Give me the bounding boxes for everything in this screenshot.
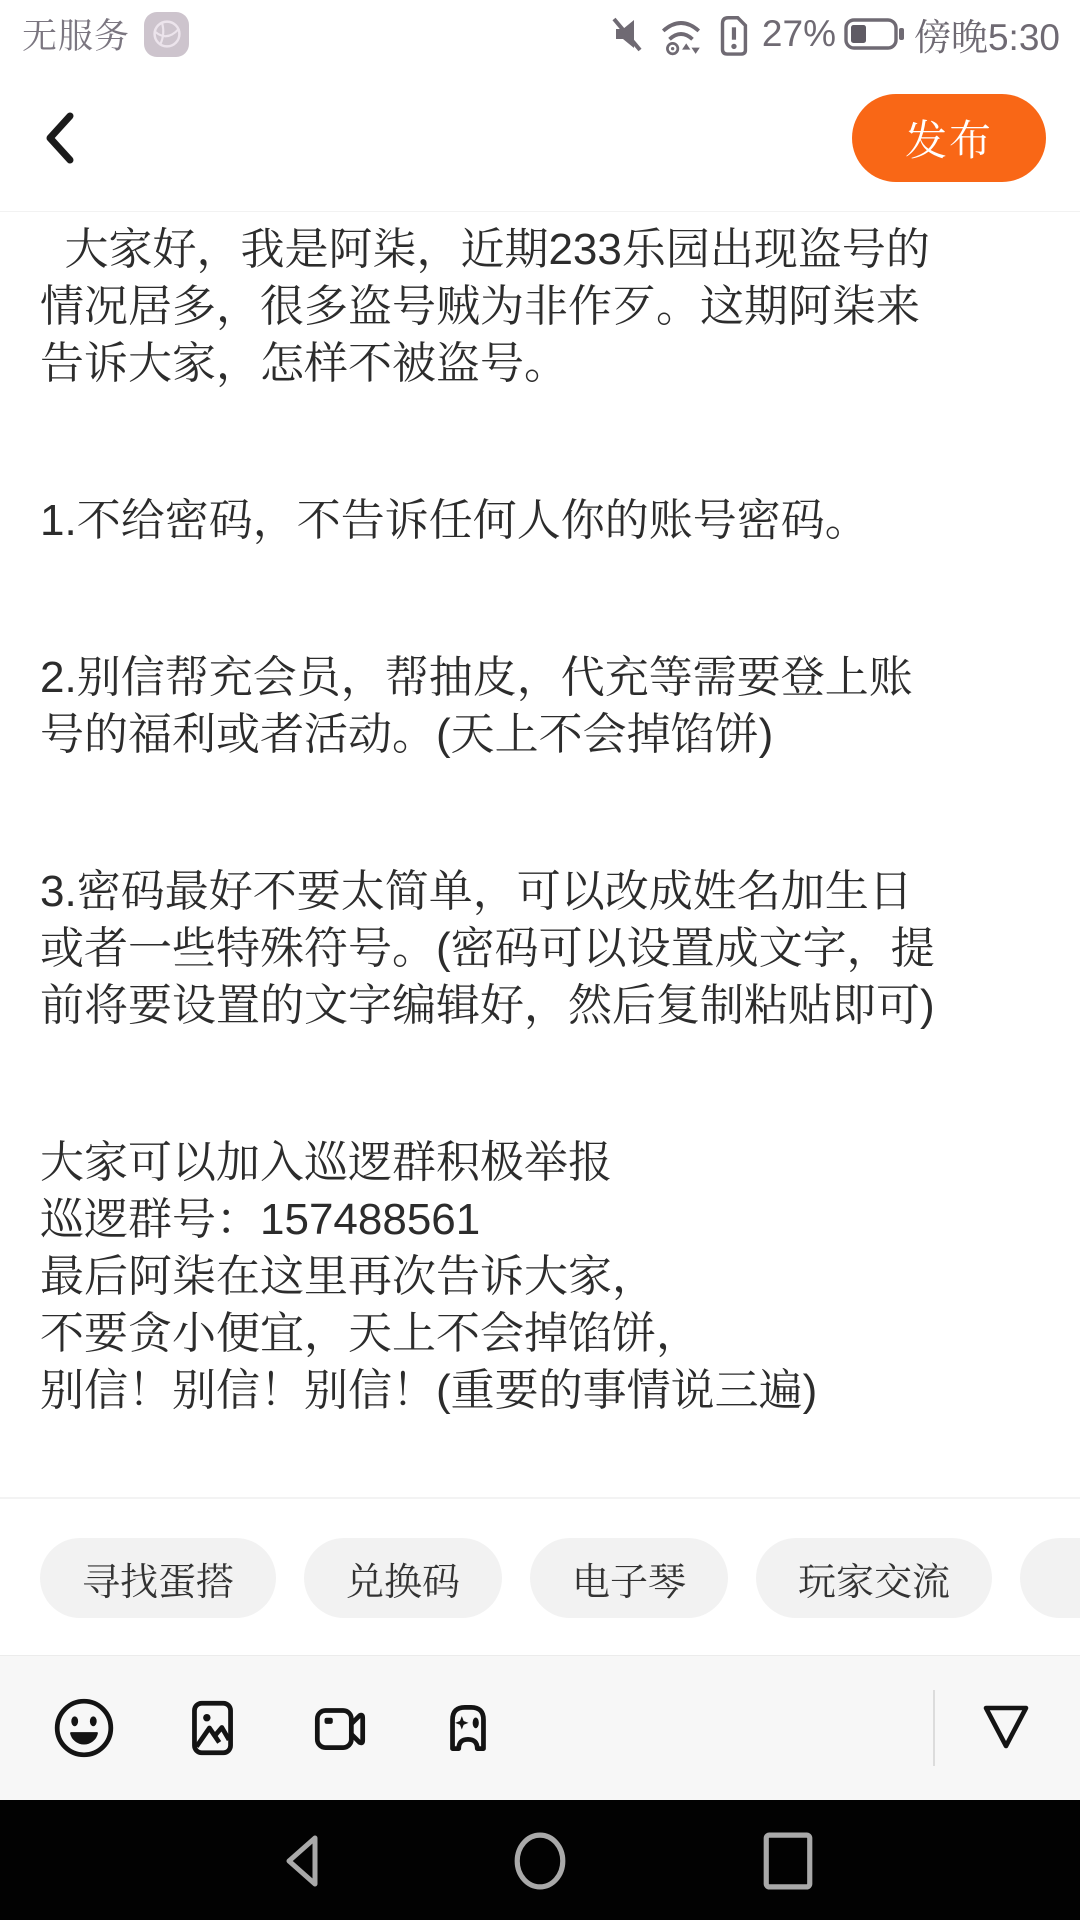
- video-button[interactable]: [304, 1692, 376, 1764]
- tags-divider: [0, 1497, 1080, 1499]
- battery-percent: 27%: [762, 13, 836, 55]
- tag-chip-player-exchange[interactable]: 玩家交流: [756, 1538, 992, 1618]
- header: 发布: [0, 64, 1080, 212]
- android-recents-button[interactable]: [762, 1833, 814, 1889]
- collapse-triangle-icon: [974, 1700, 1038, 1756]
- paragraph-tip-1: 1.不给密码，不告诉任何人你的账号密码。: [40, 492, 1040, 549]
- tag-chip-partial[interactable]: [1020, 1538, 1080, 1618]
- game-button[interactable]: [432, 1692, 504, 1764]
- android-recents-icon: [762, 1832, 814, 1890]
- collapse-keyboard-button[interactable]: [968, 1656, 1044, 1800]
- paragraph-tip-3: 3.密码最好不要太简单，可以改成姓名加生日 或者一些特殊符号。(密码可以设置成文…: [40, 863, 1040, 1034]
- paragraph-outro: 大家可以加入巡逻群积极举报 巡逻群号：157488561 最后阿柒在这里再次告诉…: [40, 1134, 1040, 1419]
- clock-label: 傍晚5:30: [914, 7, 1060, 61]
- paragraph-intro: 大家好，我是阿柒，近期233乐园出现盗号的 情况居多，很多盗号贼为非作歹。这期阿…: [40, 221, 1040, 392]
- publish-button[interactable]: 发布: [852, 94, 1046, 182]
- tag-chip-e-piano[interactable]: 电子琴: [530, 1538, 728, 1618]
- android-home-icon: [511, 1832, 569, 1890]
- tag-suggestions-row: 寻找蛋搭 兑换码 电子琴 玩家交流: [0, 1538, 1080, 1618]
- tag-chip-dandai[interactable]: 寻找蛋搭: [40, 1538, 276, 1618]
- image-button[interactable]: [176, 1692, 248, 1764]
- status-bar: 无服务: [0, 0, 1080, 64]
- back-button[interactable]: [38, 103, 98, 173]
- carrier-label: 无服务: [22, 9, 130, 59]
- wifi-icon: [658, 11, 704, 57]
- android-back-button[interactable]: [276, 1833, 330, 1889]
- emoji-icon: [51, 1695, 117, 1761]
- editor-toolbar: [0, 1655, 1080, 1800]
- post-content-editor[interactable]: 大家好，我是阿柒，近期233乐园出现盗号的 情况居多，很多盗号贼为非作歹。这期阿…: [0, 213, 1080, 1419]
- image-icon: [179, 1695, 245, 1761]
- android-home-button[interactable]: [511, 1833, 569, 1889]
- mute-icon: [606, 12, 650, 56]
- battery-icon: [844, 16, 906, 52]
- android-back-icon: [276, 1833, 330, 1889]
- sim-alert-icon: [712, 11, 754, 57]
- paragraph-tip-2: 2.别信帮充会员，帮抽皮，代充等需要登上账 号的福利或者活动。(天上不会掉馅饼): [40, 649, 1040, 763]
- emoji-button[interactable]: [48, 1692, 120, 1764]
- game-icon: [435, 1695, 501, 1761]
- tag-chip-redeem-code[interactable]: 兑换码: [304, 1538, 502, 1618]
- app-badge-icon: [144, 12, 189, 57]
- screen: 无服务: [0, 0, 1080, 1920]
- android-nav-bar: [0, 1800, 1080, 1920]
- back-chevron-icon: [38, 108, 82, 168]
- toolbar-divider: [933, 1690, 935, 1766]
- video-icon: [307, 1695, 373, 1761]
